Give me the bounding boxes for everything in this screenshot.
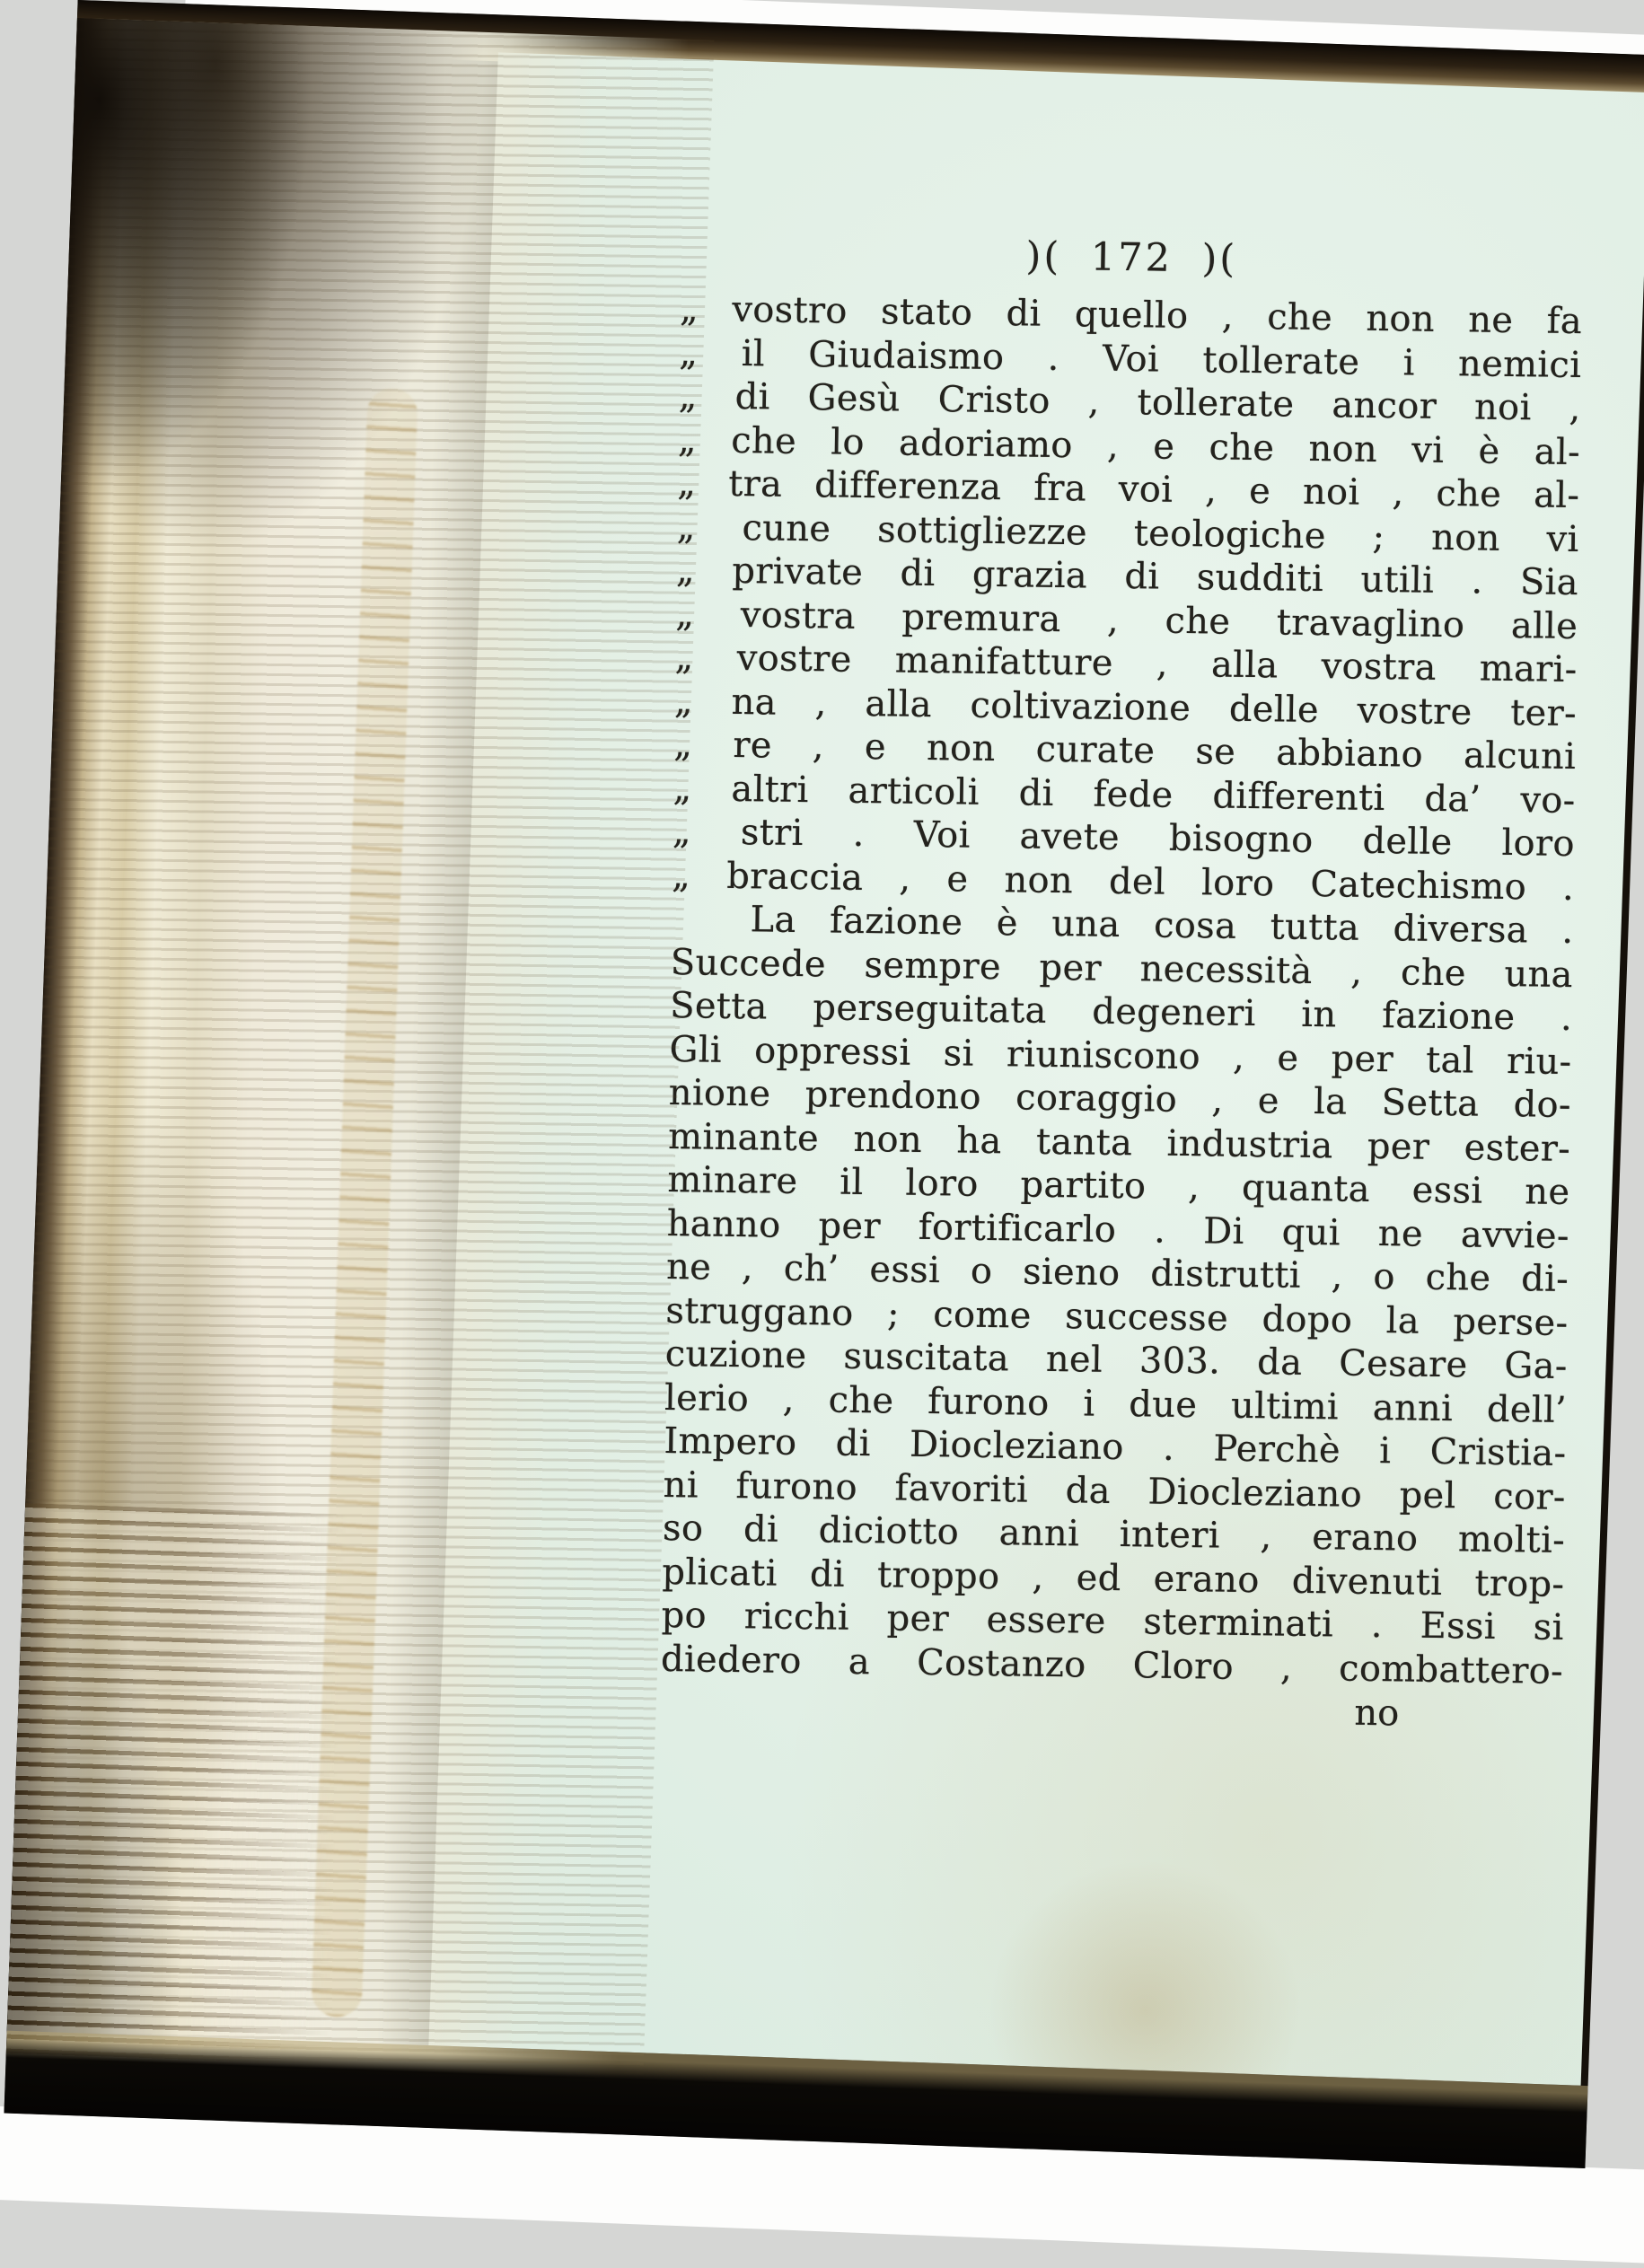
page-number-header: )( 172 )(	[681, 228, 1584, 287]
page-stack-striations	[5, 1503, 348, 2088]
scanned-book-photo: )( 172 )( „ vostro stato di quello , che…	[0, 0, 1644, 2268]
page-body: „ vostro stato di quello , che non ne fa…	[661, 287, 1583, 1693]
page-text-block: )( 172 )( „ vostro stato di quello , che…	[660, 228, 1583, 1738]
book-block: )( 172 )( „ vostro stato di quello , che…	[4, 0, 1644, 2168]
